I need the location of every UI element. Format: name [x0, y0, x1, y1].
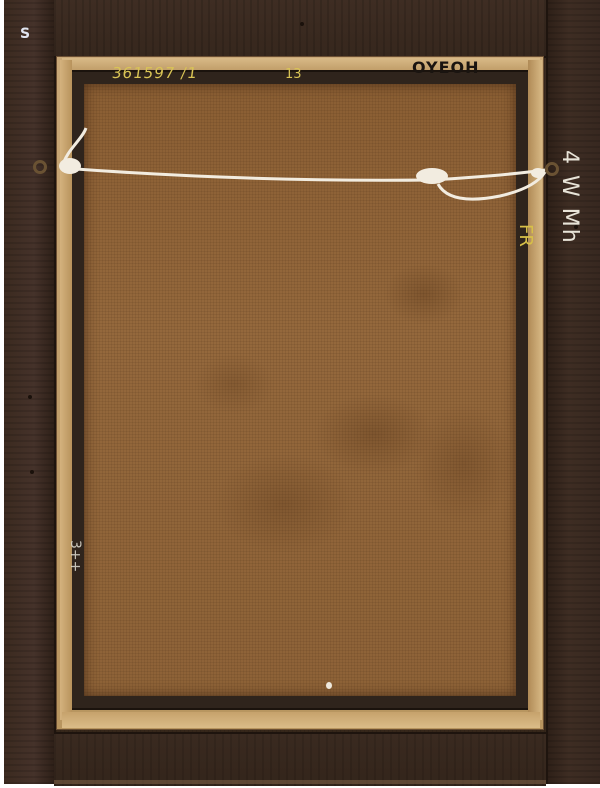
paint-spot — [326, 682, 332, 689]
frame-right-stile — [546, 0, 600, 784]
painting-back-photo: 361597 /1 13 OYEOH S 4 W Mh FR 3++ — [0, 0, 600, 788]
stretcher-left — [60, 60, 72, 720]
yellow-side-inscription: FR — [516, 224, 534, 247]
frame-left-stile — [4, 0, 56, 784]
inventory-number: 361597 /1 — [111, 66, 199, 81]
chalk-corner-mark: S — [20, 27, 30, 41]
nail-hole — [30, 470, 34, 474]
inventory-mark: 13 — [285, 68, 302, 81]
black-stencil-label: OYEOH — [412, 60, 480, 76]
frame-top-rail — [54, 0, 546, 58]
inventory-suffix-text: /1 — [180, 64, 199, 82]
canvas-back — [84, 84, 516, 696]
hanging-ring-left — [33, 160, 47, 174]
frame-bottom-edge — [54, 780, 546, 784]
frame-bottom-rail — [54, 732, 546, 786]
chalk-right-inscription: 4 W Mh — [558, 150, 580, 245]
stretcher-bottom — [62, 712, 540, 728]
stretcher-right — [528, 60, 542, 720]
chalk-left-inscription: 3++ — [68, 540, 82, 572]
nail-hole — [300, 22, 304, 26]
nail-hole — [28, 395, 32, 399]
inventory-number-text: 361597 — [111, 64, 177, 82]
